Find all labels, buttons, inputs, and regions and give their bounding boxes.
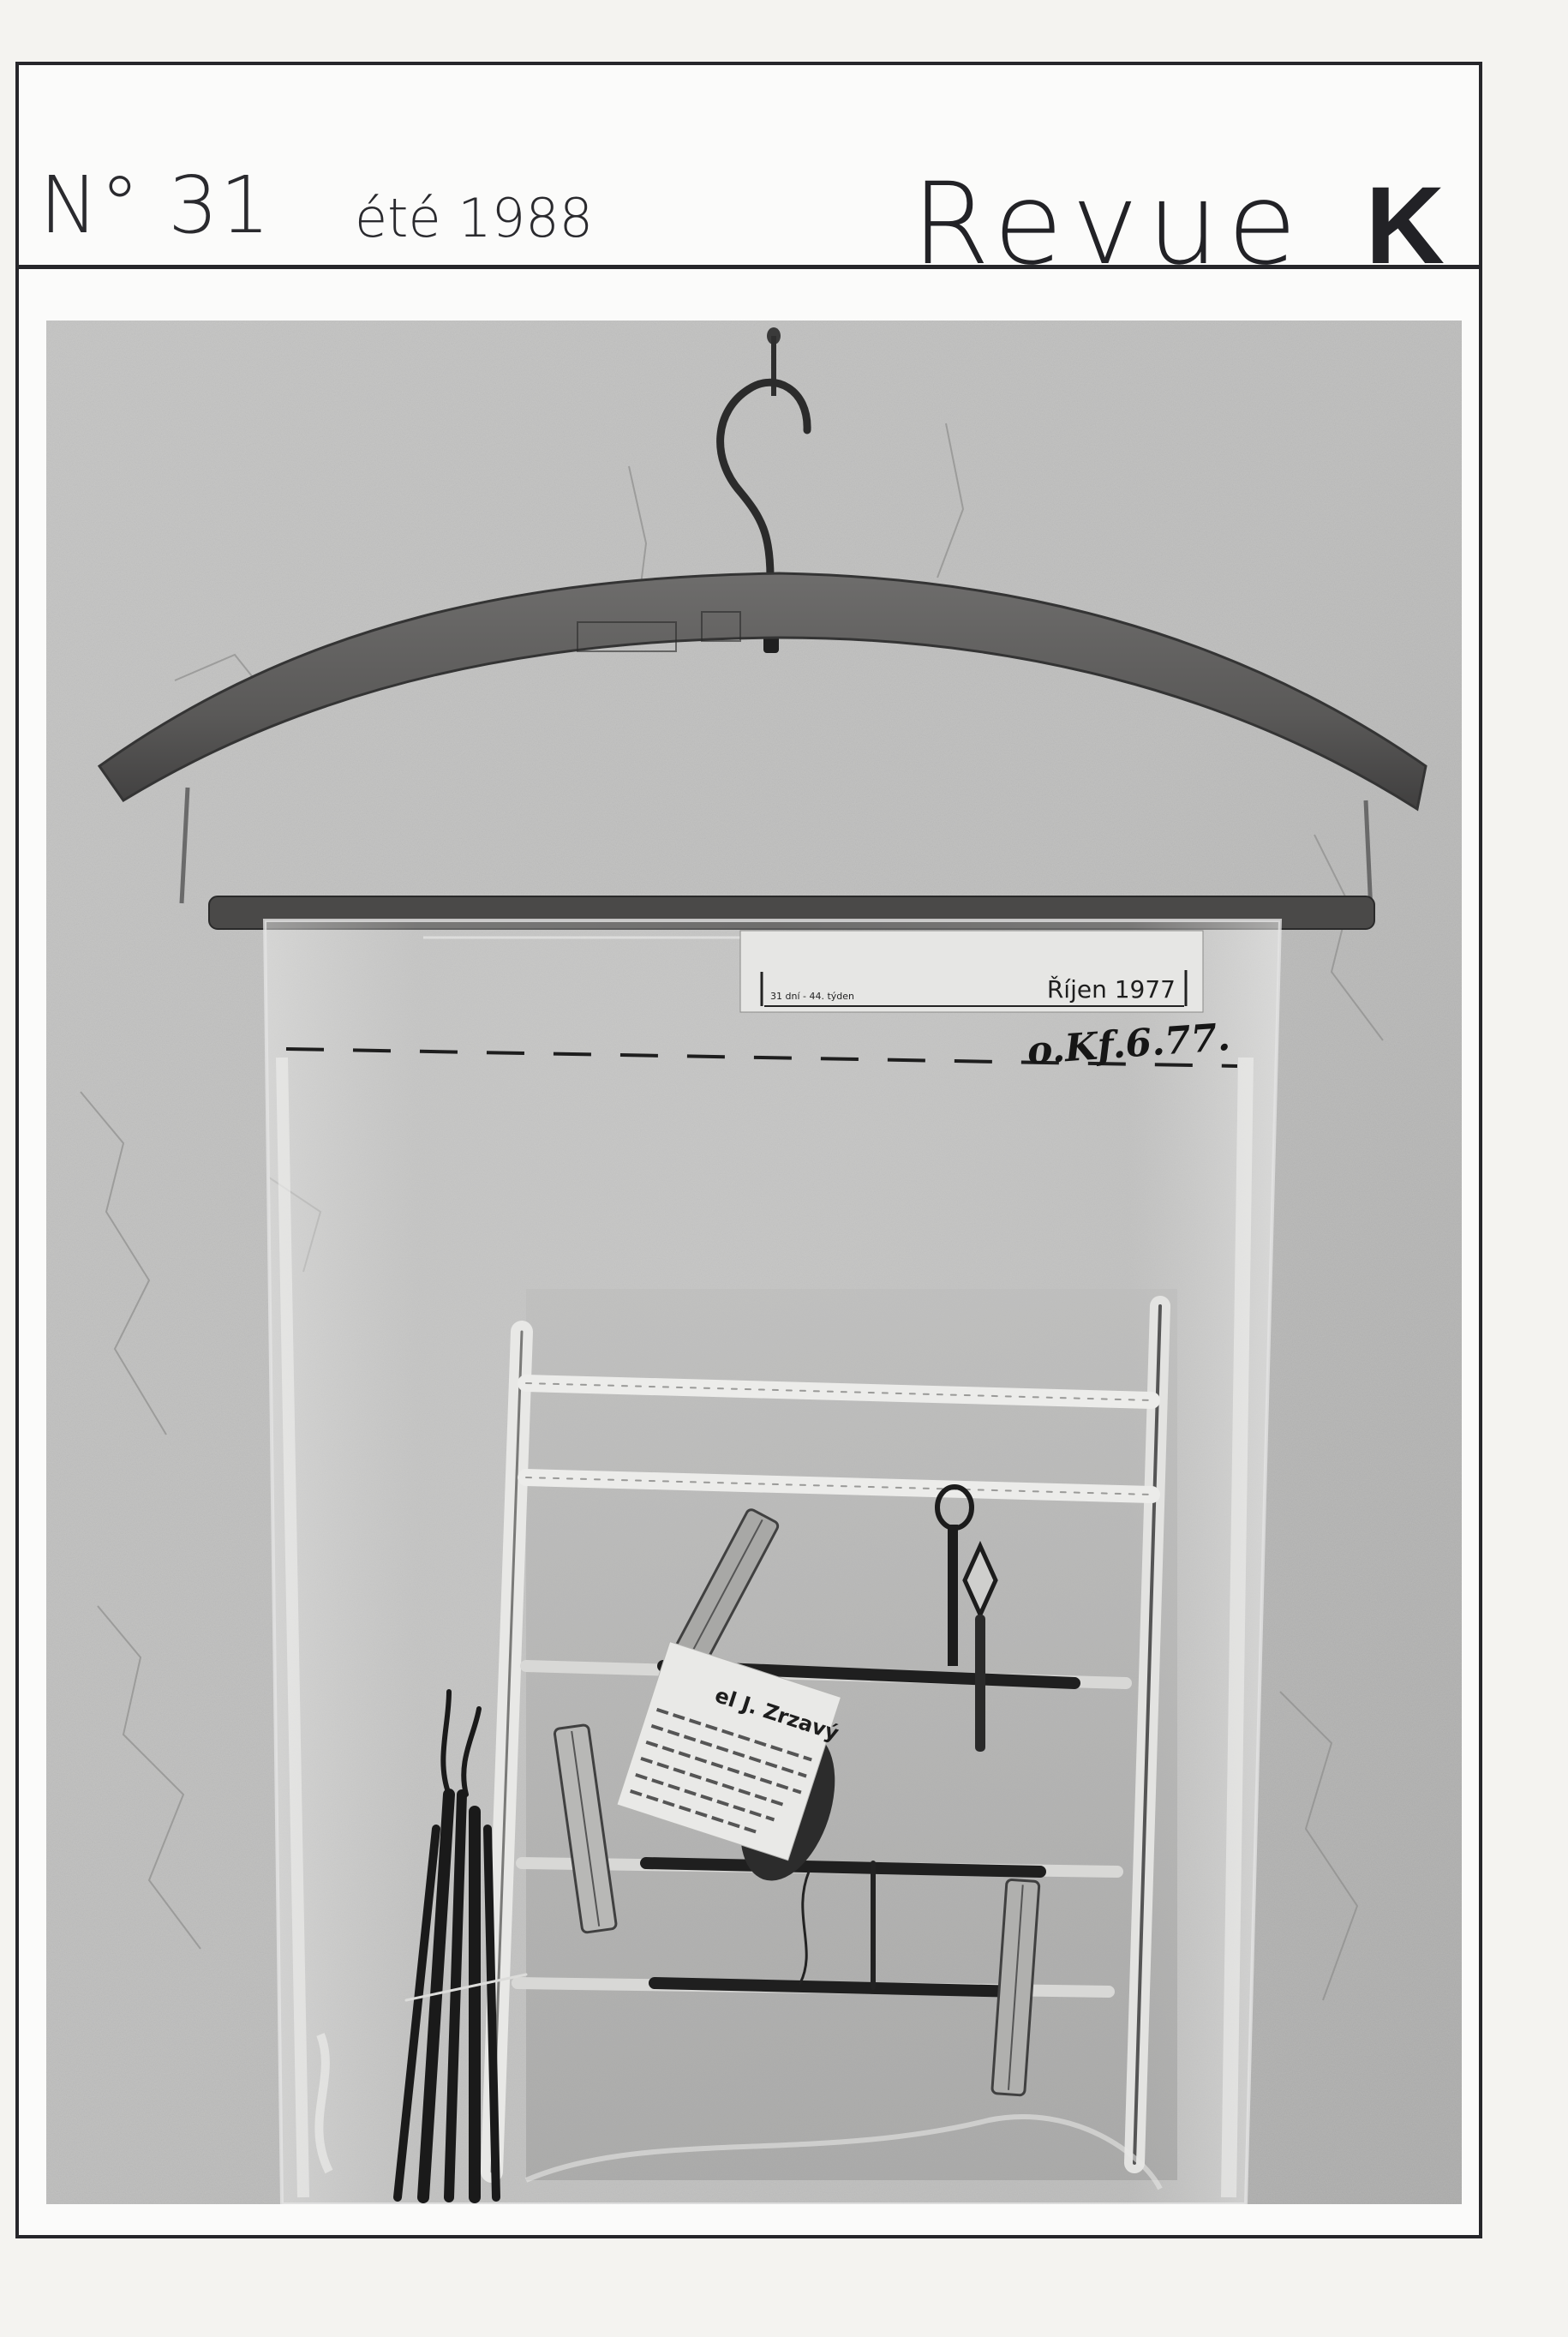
title-letter: K bbox=[1366, 171, 1445, 281]
issue-season: été 1988 bbox=[355, 192, 593, 245]
calendar-label: 31 dní - 44. týden Říjen 1977 bbox=[740, 931, 1203, 1012]
magazine-title: Revue K bbox=[912, 168, 1445, 281]
cover-photograph: 31 dní - 44. týden Říjen 1977 o.Kf.6.77. bbox=[46, 321, 1462, 2204]
masthead: N° 31 été 1988 Revue K bbox=[19, 65, 1479, 269]
calendar-month-text: Říjen 1977 bbox=[1047, 974, 1176, 1004]
calendar-small-text: 31 dní - 44. týden bbox=[770, 991, 854, 1002]
title-word: Revue bbox=[912, 168, 1306, 281]
issue-number: N° 31 bbox=[39, 166, 272, 245]
cover-frame: N° 31 été 1988 Revue K bbox=[15, 62, 1482, 2238]
